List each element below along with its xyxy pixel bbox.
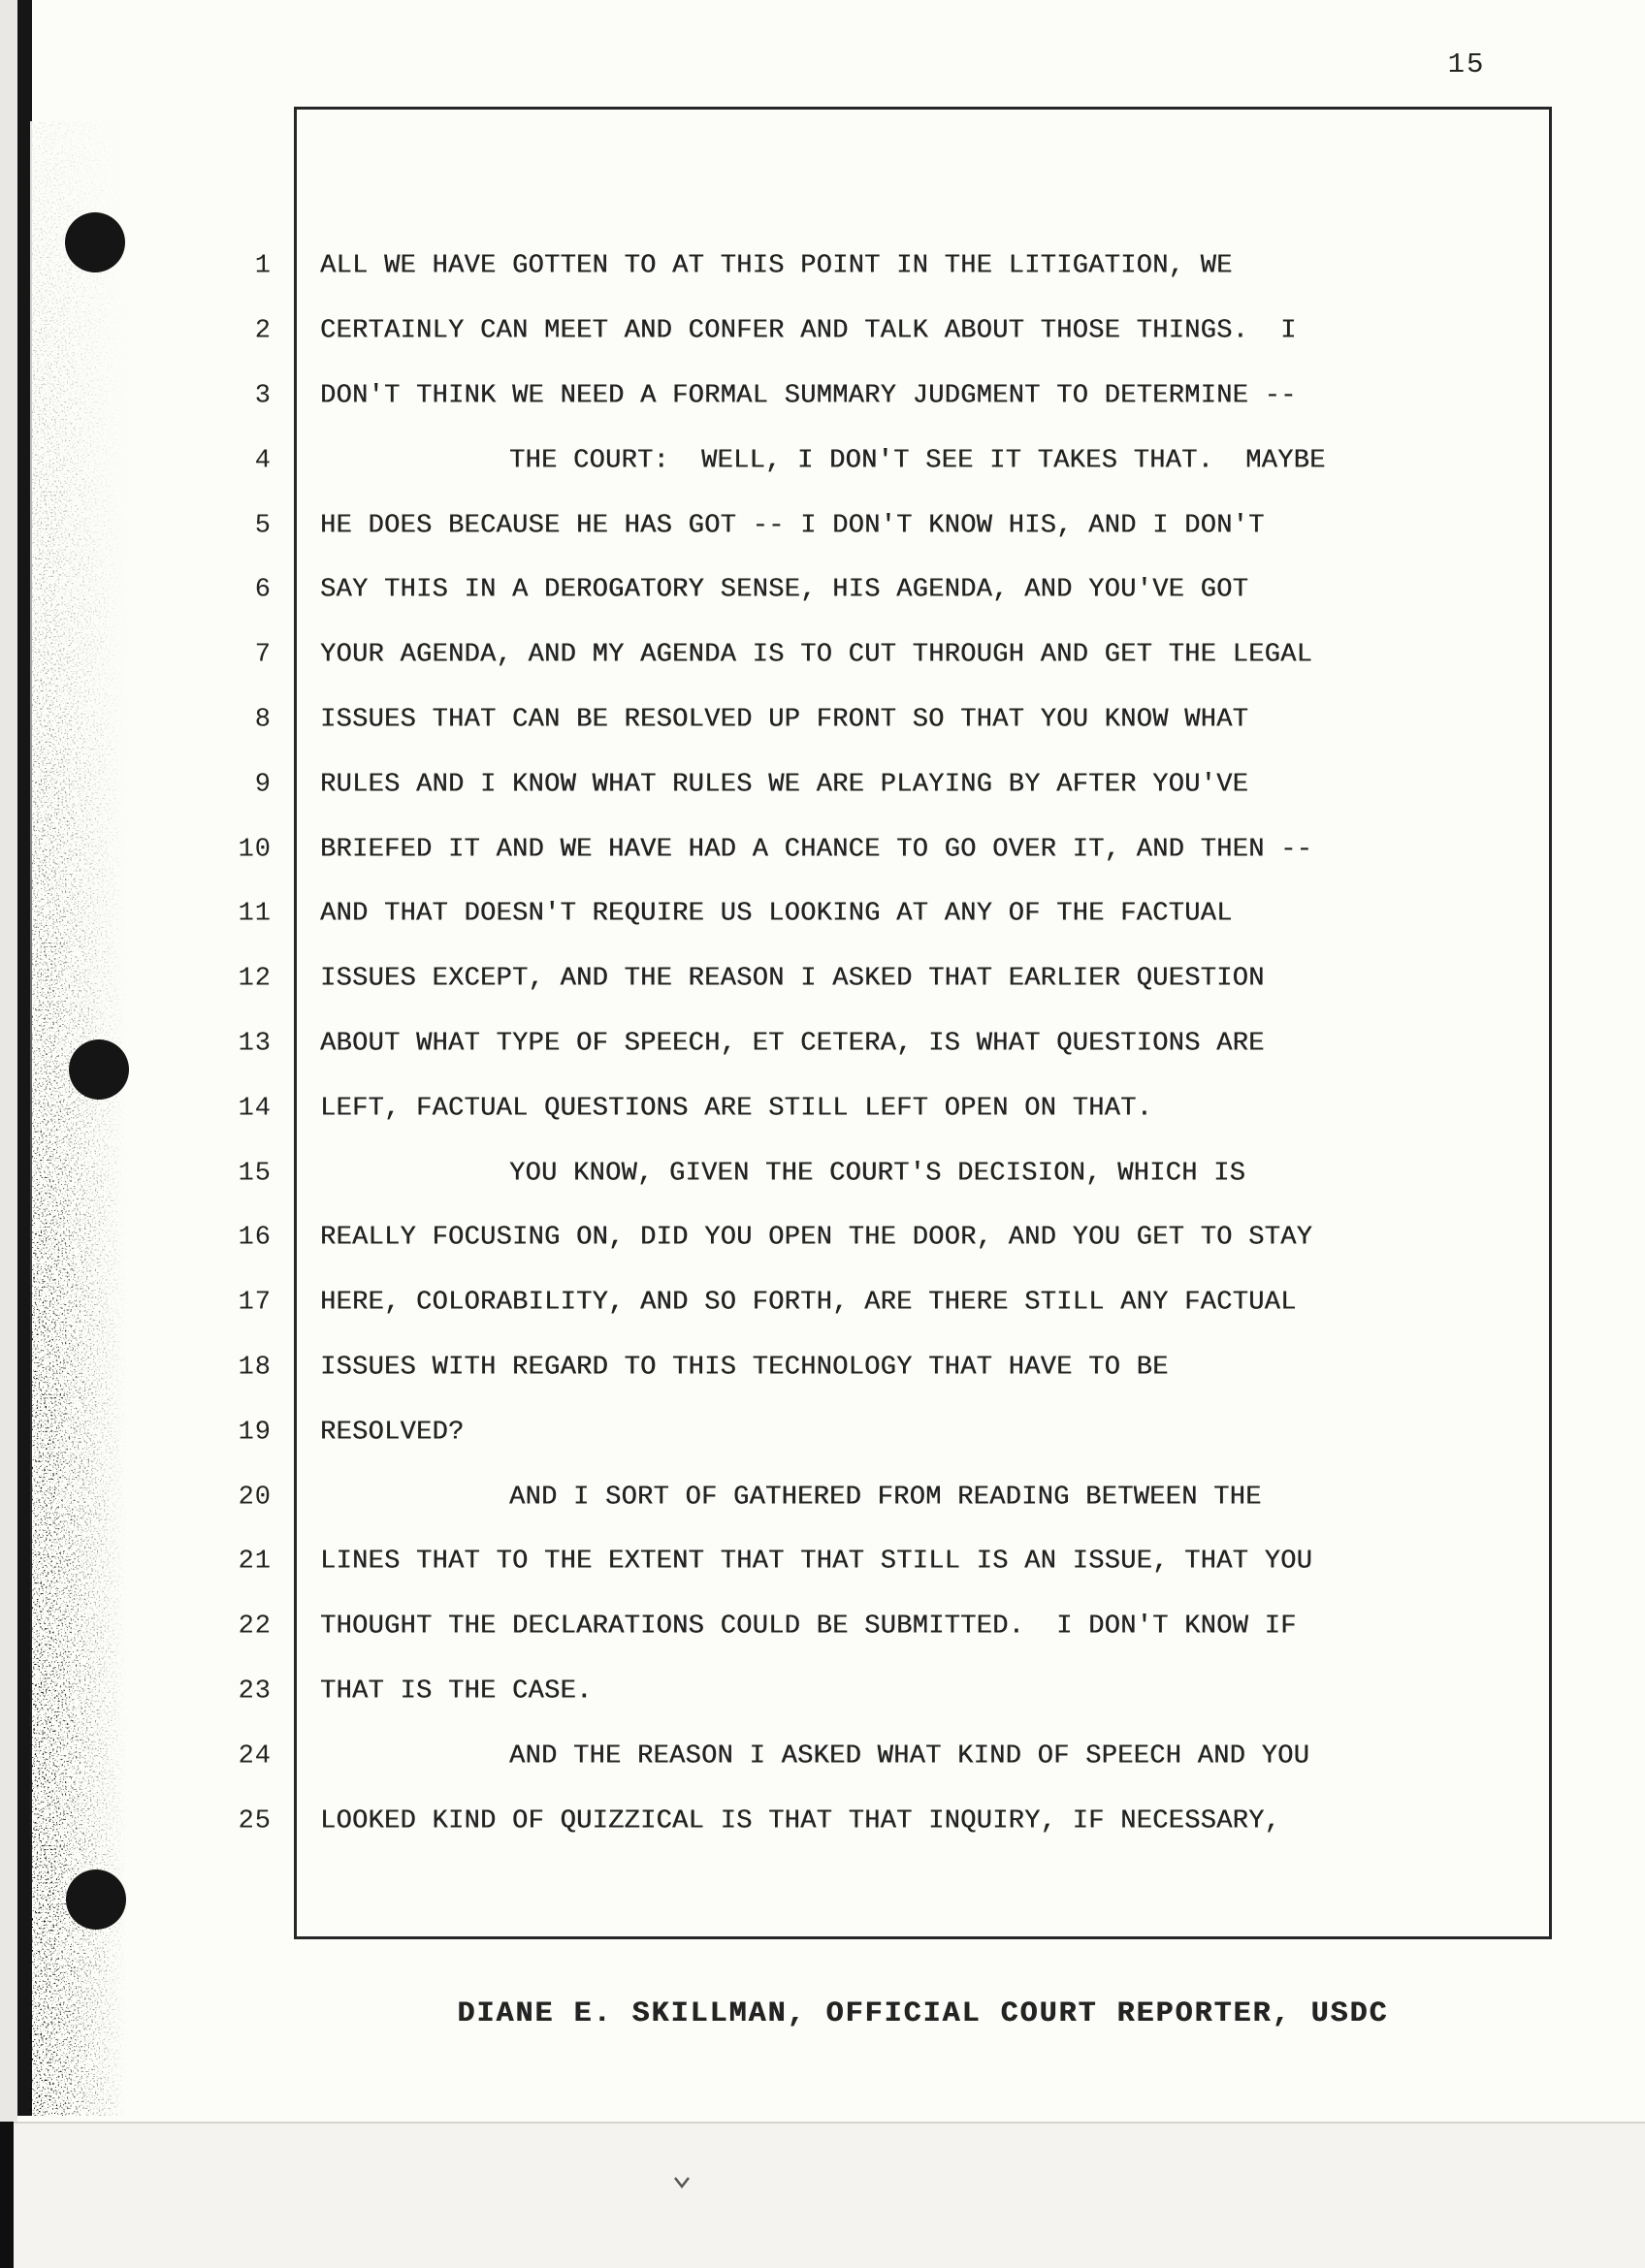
transcript-line: 24AND THE REASON I ASKED WHAT KIND OF SP… [0,1724,1645,1789]
line-number: 22 [136,1613,272,1642]
line-number: 17 [136,1289,272,1318]
line-number: 18 [136,1353,272,1382]
transcript-line: 22THOUGHT THE DECLARATIONS COULD BE SUBM… [0,1595,1645,1660]
line-number: 6 [136,576,272,605]
line-text: HE DOES BECAUSE HE HAS GOT -- I DON'T KN… [320,511,1265,540]
transcript-line: 4THE COURT: WELL, I DON'T SEE IT TAKES T… [0,429,1645,494]
transcript-line: 15YOU KNOW, GIVEN THE COURT'S DECISION, … [0,1141,1645,1206]
line-text: ISSUES THAT CAN BE RESOLVED UP FRONT SO … [320,705,1248,734]
transcript-line: 16REALLY FOCUSING ON, DID YOU OPEN THE D… [0,1206,1645,1271]
footer-text: DIANE E. SKILLMAN, OFFICIAL COURT REPORT… [294,1997,1552,2030]
transcript-line: 2CERTAINLY CAN MEET AND CONFER AND TALK … [0,300,1645,365]
line-number: 9 [136,770,272,799]
line-number: 19 [136,1418,272,1447]
line-text: AND THE REASON I ASKED WHAT KIND OF SPEE… [320,1741,1309,1771]
line-text: ALL WE HAVE GOTTEN TO AT THIS POINT IN T… [320,252,1233,281]
transcript-line: 7YOUR AGENDA, AND MY AGENDA IS TO CUT TH… [0,623,1645,688]
line-text: RULES AND I KNOW WHAT RULES WE ARE PLAYI… [320,770,1248,799]
line-text: AND THAT DOESN'T REQUIRE US LOOKING AT A… [320,900,1233,929]
transcript-line: 3DON'T THINK WE NEED A FORMAL SUMMARY JU… [0,365,1645,430]
line-number: 8 [136,705,272,734]
transcript-line: 20AND I SORT OF GATHERED FROM READING BE… [0,1465,1645,1530]
line-text: YOUR AGENDA, AND MY AGENDA IS TO CUT THR… [320,641,1312,670]
line-number: 15 [136,1159,272,1188]
transcript-line: 6SAY THIS IN A DEROGATORY SENSE, HIS AGE… [0,559,1645,623]
line-number: 23 [136,1677,272,1706]
line-text: CERTAINLY CAN MEET AND CONFER AND TALK A… [320,317,1297,346]
transcript-line: 13ABOUT WHAT TYPE OF SPEECH, ET CETERA, … [0,1012,1645,1077]
page-number: 15 [1426,48,1507,80]
line-text: AND I SORT OF GATHERED FROM READING BETW… [320,1483,1262,1512]
transcript-line: 11AND THAT DOESN'T REQUIRE US LOOKING AT… [0,882,1645,947]
line-number: 13 [136,1029,272,1058]
line-number: 11 [136,900,272,929]
line-number: 7 [136,641,272,670]
transcript-lines: 1ALL WE HAVE GOTTEN TO AT THIS POINT IN … [0,235,1645,1854]
scanned-transcript-page: { "page": { "number": "15" }, "transcrip… [0,0,1645,2268]
scan-artifact-mark [673,2176,691,2189]
line-number: 2 [136,317,272,346]
line-text: YOU KNOW, GIVEN THE COURT'S DECISION, WH… [320,1159,1245,1188]
line-number: 1 [136,252,272,281]
transcript-line: 25LOOKED KIND OF QUIZZICAL IS THAT THAT … [0,1789,1645,1854]
line-text: ISSUES EXCEPT, AND THE REASON I ASKED TH… [320,965,1265,994]
line-text: LEFT, FACTUAL QUESTIONS ARE STILL LEFT O… [320,1094,1152,1123]
line-number: 10 [136,835,272,864]
transcript-line: 10BRIEFED IT AND WE HAVE HAD A CHANCE TO… [0,817,1645,882]
line-text: BRIEFED IT AND WE HAVE HAD A CHANCE TO G… [320,835,1312,864]
scan-bottom-strip [0,2122,1645,2268]
line-text: DON'T THINK WE NEED A FORMAL SUMMARY JUD… [320,381,1297,410]
transcript-line: 9RULES AND I KNOW WHAT RULES WE ARE PLAY… [0,752,1645,817]
transcript-line: 19RESOLVED? [0,1400,1645,1465]
line-number: 20 [136,1483,272,1512]
line-text: LOOKED KIND OF QUIZZICAL IS THAT THAT IN… [320,1806,1280,1836]
transcript-line: 12ISSUES EXCEPT, AND THE REASON I ASKED … [0,947,1645,1012]
transcript-line: 23THAT IS THE CASE. [0,1660,1645,1725]
transcript-line: 21LINES THAT TO THE EXTENT THAT THAT STI… [0,1530,1645,1595]
line-number: 21 [136,1548,272,1577]
line-number: 3 [136,381,272,410]
line-text: ABOUT WHAT TYPE OF SPEECH, ET CETERA, IS… [320,1029,1265,1058]
line-number: 14 [136,1094,272,1123]
line-text: HERE, COLORABILITY, AND SO FORTH, ARE TH… [320,1289,1297,1318]
line-text: THAT IS THE CASE. [320,1677,593,1706]
line-number: 25 [136,1806,272,1836]
line-text: RESOLVED? [320,1418,465,1447]
transcript-line: 8ISSUES THAT CAN BE RESOLVED UP FRONT SO… [0,688,1645,753]
line-number: 16 [136,1224,272,1253]
line-text: REALLY FOCUSING ON, DID YOU OPEN THE DOO… [320,1224,1312,1253]
transcript-line: 5HE DOES BECAUSE HE HAS GOT -- I DON'T K… [0,494,1645,559]
line-text: THE COURT: WELL, I DON'T SEE IT TAKES TH… [320,446,1326,475]
line-number: 5 [136,511,272,540]
transcript-line: 1ALL WE HAVE GOTTEN TO AT THIS POINT IN … [0,235,1645,300]
line-number: 12 [136,965,272,994]
scan-bottom-edge-bar [0,2122,14,2268]
line-text: SAY THIS IN A DEROGATORY SENSE, HIS AGEN… [320,576,1248,605]
transcript-line: 18ISSUES WITH REGARD TO THIS TECHNOLOGY … [0,1336,1645,1401]
hole-punch [66,1869,126,1930]
transcript-line: 14LEFT, FACTUAL QUESTIONS ARE STILL LEFT… [0,1076,1645,1141]
line-number: 4 [136,446,272,475]
transcript-line: 17HERE, COLORABILITY, AND SO FORTH, ARE … [0,1271,1645,1336]
line-text: THOUGHT THE DECLARATIONS COULD BE SUBMIT… [320,1613,1297,1642]
line-text: ISSUES WITH REGARD TO THIS TECHNOLOGY TH… [320,1353,1169,1382]
line-number: 24 [136,1741,272,1771]
line-text: LINES THAT TO THE EXTENT THAT THAT STILL… [320,1548,1312,1577]
